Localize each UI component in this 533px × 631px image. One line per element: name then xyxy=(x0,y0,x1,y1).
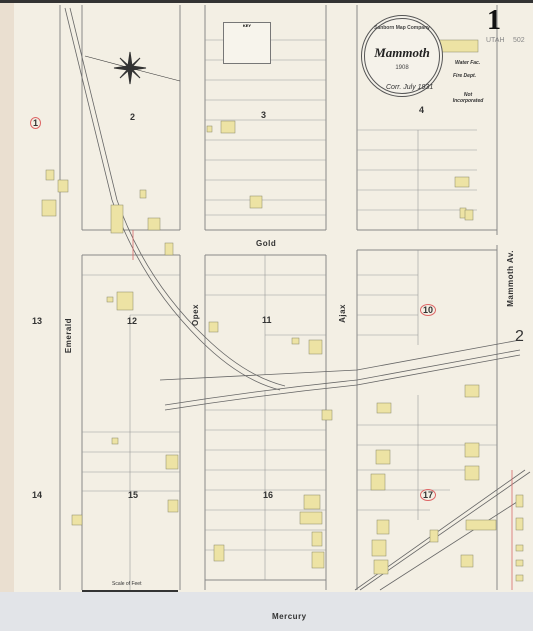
sheet-number: 1 xyxy=(487,5,501,37)
scale-label: Scale of Feet xyxy=(112,581,141,587)
block-17: 17 xyxy=(420,489,436,501)
street-mercury: Mercury xyxy=(272,612,307,621)
block-11: 11 xyxy=(262,315,272,325)
fire-dept-label: Fire Dept. xyxy=(453,73,476,79)
block-15: 15 xyxy=(128,490,138,500)
publisher-name: Sanborn Map Company xyxy=(365,25,439,31)
street-emerald: Emerald xyxy=(64,318,73,353)
block-12: 12 xyxy=(127,316,137,326)
block-1: 1 xyxy=(30,117,41,129)
block-13: 13 xyxy=(32,316,42,326)
not-incorporated-label: Not Incorporated xyxy=(448,92,488,104)
street-mammoth-av: Mammoth Av. xyxy=(506,250,515,307)
town-name: Mammoth xyxy=(365,45,439,61)
block-2: 2 xyxy=(130,112,135,122)
correction-date: Corr. July 1931 xyxy=(386,84,433,91)
street-ajax: Ajax xyxy=(338,304,347,323)
water-facilities-label: Water Fac. xyxy=(455,60,480,66)
map-lines xyxy=(0,0,533,592)
block-16: 16 xyxy=(263,490,273,500)
map-key: KEY xyxy=(223,22,271,64)
street-gold: Gold xyxy=(256,239,276,248)
block-3: 3 xyxy=(261,110,266,120)
block-10: 10 xyxy=(420,304,436,316)
map-year: 1908 xyxy=(365,65,439,71)
adjacent-sheet-label: 2 xyxy=(515,328,524,346)
side-code-number: 502 xyxy=(513,37,525,44)
street-opex: Opex xyxy=(191,304,200,326)
key-title: KEY xyxy=(243,23,251,28)
block-4: 4 xyxy=(419,105,424,115)
block-14: 14 xyxy=(32,490,42,500)
scan-background xyxy=(0,592,533,631)
side-code-state: UTAH xyxy=(486,37,505,44)
